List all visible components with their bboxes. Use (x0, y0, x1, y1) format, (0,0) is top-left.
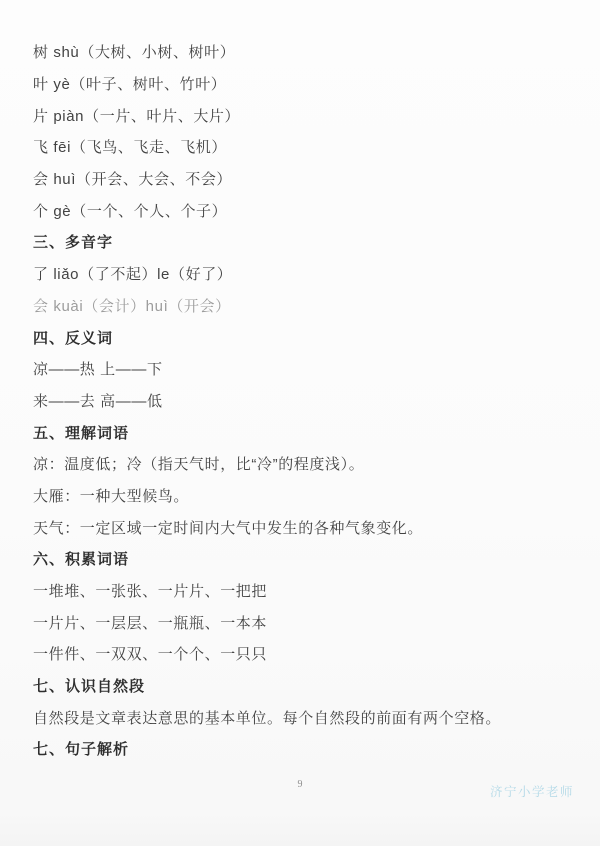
definition-line: 大雁：一种大型候鸟。 (33, 480, 576, 512)
antonym-pair-line: 凉——热 上——下 (33, 353, 576, 385)
word-entry-line: 叶 yè（叶子、树叶、竹叶） (33, 68, 576, 100)
word-entry-line: 会 huì（开会、大会、不会） (33, 163, 576, 195)
section-heading-word-meanings: 五、理解词语 (33, 416, 576, 448)
definition-line: 天气：一定区域一定时间内大气中发生的各种气象变化。 (33, 511, 576, 543)
definition-line: 凉：温度低；冷（指天气时，比“冷”的程度浅）。 (33, 448, 576, 480)
section-heading-sentence-analysis: 七、句子解析 (33, 733, 576, 765)
section-heading-polyphones: 三、多音字 (33, 226, 576, 258)
word-entry-line: 飞 fēi（飞鸟、飞走、飞机） (33, 131, 576, 163)
word-list-line: 一件件、一双双、一个个、一只只 (33, 638, 576, 670)
document-body: 树 shù（大树、小树、树叶） 叶 yè（叶子、树叶、竹叶） 片 piàn（一片… (33, 36, 576, 765)
word-entry-line: 个 gè（一个、个人、个子） (33, 194, 576, 226)
word-list-line: 一片片、一层层、一瓶瓶、一本本 (33, 606, 576, 638)
word-entry-line: 树 shù（大树、小树、树叶） (33, 36, 576, 68)
section-heading-accumulated-words: 六、积累词语 (33, 543, 576, 575)
polyphone-entry-line-muted: 会 kuài（会计）huì（开会） (33, 290, 576, 322)
watermark: 济宁小学老师 (490, 782, 574, 800)
polyphone-entry-line: 了 liǎo（了不起）le（好了） (33, 258, 576, 290)
section-heading-antonyms: 四、反义词 (33, 321, 576, 353)
antonym-pair-line: 来——去 高——低 (33, 385, 576, 417)
paragraph-explanation-line: 自然段是文章表达意思的基本单位。每个自然段的前面有两个空格。 (33, 701, 576, 733)
word-list-line: 一堆堆、一张张、一片片、一把把 (33, 575, 576, 607)
word-entry-line: 片 piàn（一片、叶片、大片） (33, 99, 576, 131)
section-heading-paragraphs: 七、认识自然段 (33, 670, 576, 702)
